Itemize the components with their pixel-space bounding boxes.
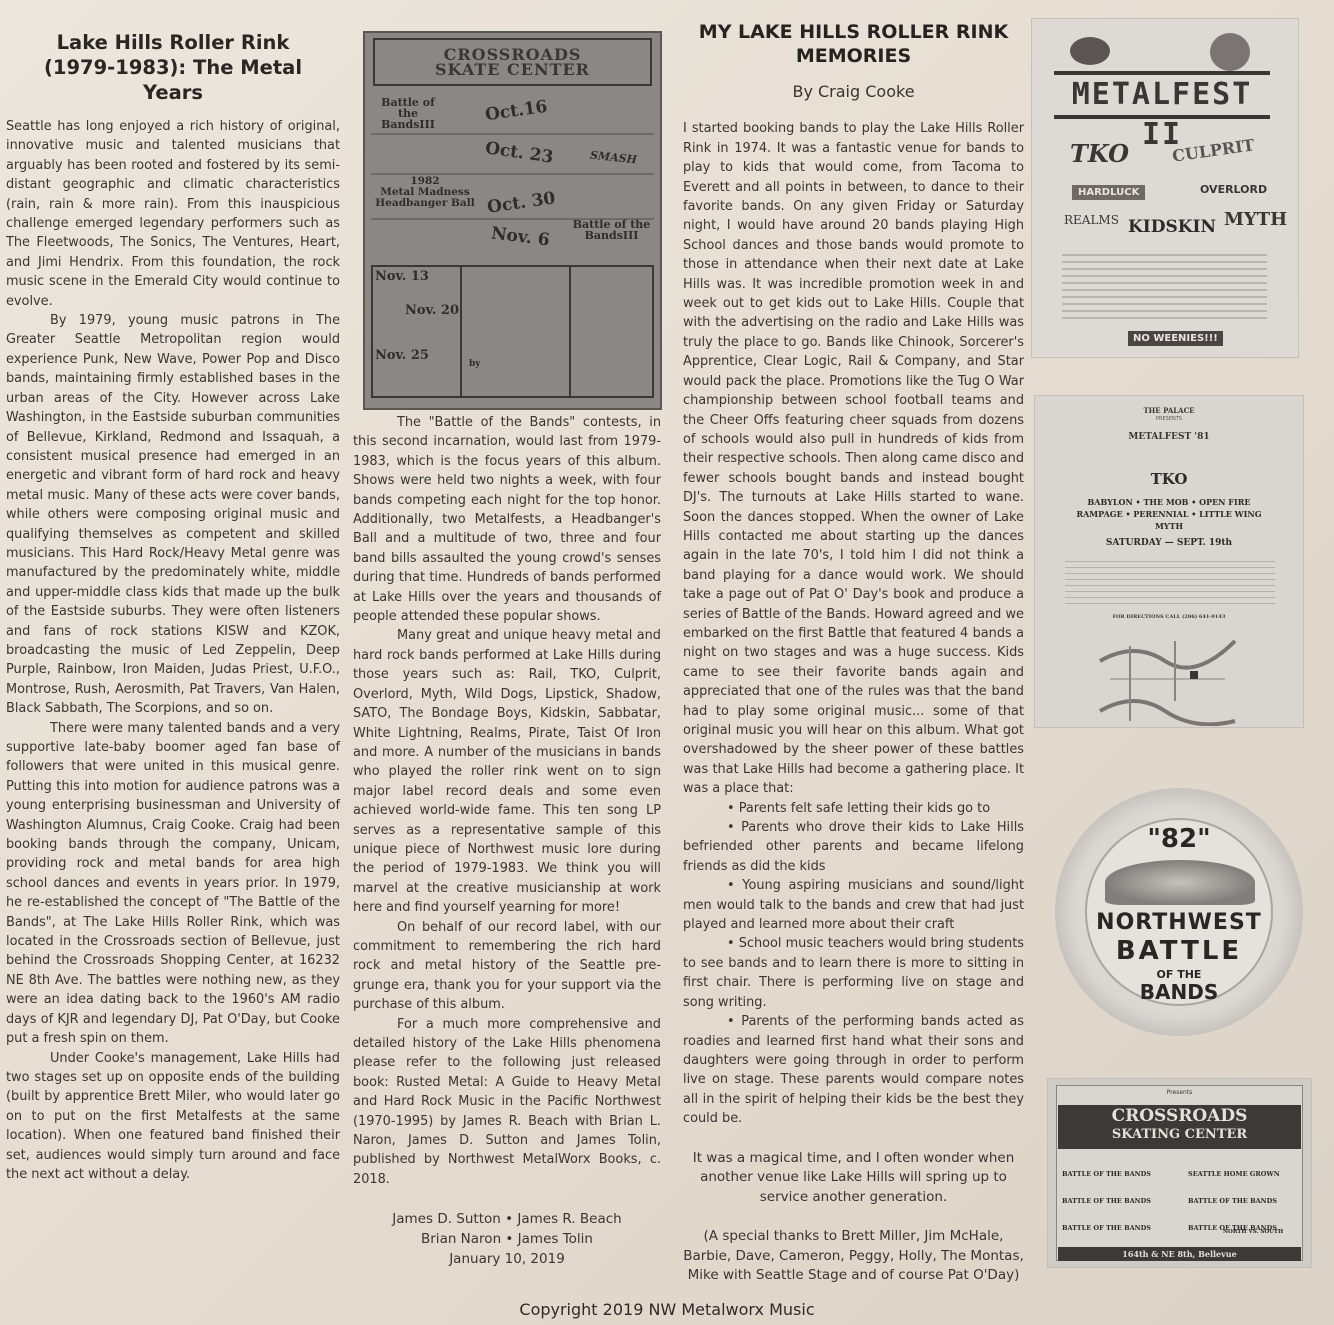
right-intro: I started booking bands to play the Lake…	[683, 119, 1024, 798]
flyer-date2: Oct. 23	[484, 138, 555, 167]
left-article: Lake Hills Roller Rink (1979-1983): The …	[6, 30, 340, 1184]
button-line2: BATTLE	[1055, 936, 1303, 966]
ad-right-event: BATTLE OF THE BANDS	[1188, 1188, 1303, 1215]
band-logo-kidskin: KIDSKIN	[1128, 217, 1216, 237]
middle-paragraph: For a much more comprehensive and detail…	[353, 1015, 661, 1190]
ad-title-line1: CROSSROADS	[1058, 1105, 1301, 1127]
middle-paragraph: On behalf of our record label, with our …	[353, 918, 661, 1015]
flyer-event4-title: Battle of the BandsIII	[569, 219, 654, 241]
flyer-date1: Oct.16	[484, 97, 549, 126]
authors-line1: James D. Sutton • James R. Beach	[353, 1209, 661, 1229]
byline: By Craig Cooke	[683, 82, 1024, 101]
directions-map-icon	[1095, 631, 1245, 726]
bullet-item: • Parents who drove their kids to Lake H…	[683, 818, 1024, 876]
left-paragraph: Under Cooke's management, Lake Hills had…	[6, 1049, 340, 1185]
palace-presents: PRESENTS	[1035, 416, 1303, 422]
middle-paragraph: Many great and unique heavy metal and ha…	[353, 626, 661, 917]
band-logo-tko: TKO	[1070, 139, 1129, 168]
left-paragraph: There were many talented bands and a ver…	[6, 719, 340, 1049]
button-line1: NORTHWEST	[1055, 910, 1303, 935]
ad-right-event: SEATTLE HOME GROWN	[1188, 1161, 1303, 1188]
button-line4: BANDS	[1055, 980, 1303, 1004]
flyer-event1-title: Battle of the BandsIII	[373, 97, 443, 130]
left-article-title: Lake Hills Roller Rink (1979-1983): The …	[18, 30, 328, 105]
flyer-header: CROSSROADS SKATE CENTER	[373, 38, 652, 86]
left-paragraph: By 1979, young music patrons in The Grea…	[6, 311, 340, 719]
northwest-battle-of-the-bands-button: "82" NORTHWEST BATTLE OF THE BANDS	[1055, 788, 1303, 1036]
closing-paragraph: It was a magical time, and I often wonde…	[683, 1149, 1024, 1208]
palace-venue: THE PALACE	[1035, 406, 1303, 415]
left-paragraph: Seattle has long enjoyed a rich history …	[6, 117, 340, 311]
crossroads-skate-center-flyer: CROSSROADS SKATE CENTER Battle of the Ba…	[363, 31, 662, 410]
headliner-tko: TKO	[1035, 470, 1303, 488]
middle-paragraph: The "Battle of the Bands" contests, in t…	[353, 413, 661, 626]
band-logo-culprit: CULPRIT	[1171, 135, 1255, 165]
flyer-bottom-grid: Nov. 13 Nov. 20 Nov. 25 by	[371, 265, 654, 398]
middle-article: The "Battle of the Bands" contests, in t…	[353, 413, 661, 1269]
flyer-date7: Nov. 25	[375, 350, 457, 362]
metalfest-ii-flyer: METALFEST II TKO CULPRIT HARDLUCK OVERLO…	[1031, 18, 1299, 358]
crossroads-skating-center-ad: Presents CROSSROADS SKATING CENTER BATTL…	[1047, 1078, 1312, 1268]
right-article: MY LAKE HILLS ROLLER RINK MEMORIES By Cr…	[683, 20, 1024, 1286]
flyer-date5: Nov. 13	[375, 271, 457, 283]
button-year: "82"	[1055, 824, 1303, 854]
band-logo-hardluck: HARDLUCK	[1072, 185, 1145, 200]
authors-line2: Brian Naron • James Tolin	[353, 1229, 661, 1249]
right-article-title: MY LAKE HILLS ROLLER RINK MEMORIES	[683, 20, 1024, 68]
event-date: SATURDAY — SEPT. 19th	[1035, 538, 1303, 548]
directions-phone: FOR DIRECTIONS CALL (206) 641-9143	[1035, 614, 1303, 620]
authors-block: James D. Sutton • James R. Beach Brian N…	[353, 1209, 661, 1269]
ad-left-event: BATTLE OF THE BANDS	[1062, 1215, 1177, 1242]
flyer-event3-title: Metal Madness Headbanger Ball	[371, 187, 479, 209]
bullet-item: • School music teachers would bring stud…	[683, 934, 1024, 1012]
band-list-line1: BABYLON • THE MOB • OPEN FIRE	[1035, 496, 1303, 508]
band-list: BABYLON • THE MOB • OPEN FIRE RAMPAGE • …	[1035, 496, 1303, 532]
ad-left-event: BATTLE OF THE BANDS	[1062, 1161, 1177, 1188]
flyer-event3: 1982 Metal Madness Headbanger Ball	[371, 176, 479, 209]
bullet-item: • Parents felt safe letting their kids g…	[683, 799, 1024, 818]
ad-address: 164th & NE 8th, Bellevue	[1058, 1247, 1301, 1261]
band-list-line3: MYTH	[1035, 520, 1303, 532]
flyer-smash: SMASH	[589, 149, 637, 167]
no-weenies-label: NO WEENIES!!!	[1128, 331, 1223, 346]
flyer-date4: Nov. 6	[490, 223, 551, 250]
flyer-date6: Nov. 20	[375, 305, 459, 317]
ad-title-banner: CROSSROADS SKATING CENTER	[1058, 1105, 1301, 1149]
metalfest-ii-title: METALFEST II	[1054, 71, 1270, 119]
band-logo-overlord: OVERLORD	[1200, 183, 1267, 196]
ad-presents: Presents	[1048, 1089, 1311, 1096]
special-thanks: (A special thanks to Brett Miller, Jim M…	[683, 1227, 1024, 1286]
band-list-line2: RAMPAGE • PERENNIAL • LITTLE WING	[1035, 508, 1303, 520]
copyright-footer: Copyright 2019 NW Metalworx Music	[0, 1300, 1334, 1319]
metalfest-81-flyer: THE PALACE PRESENTS METALFEST '81 TKO BA…	[1034, 395, 1304, 728]
flyer-date3: Oct. 30	[486, 188, 557, 217]
ad-left-event: BATTLE OF THE BANDS	[1062, 1188, 1177, 1215]
flyer-by: by	[469, 359, 481, 369]
flyer-header-line2: SKATE CENTER	[375, 62, 650, 77]
band-logo-myth: MYTH	[1224, 209, 1287, 230]
authors-date: January 10, 2019	[353, 1249, 661, 1269]
bullet-item: • Parents of the performing bands acted …	[683, 1012, 1024, 1128]
bullet-item: • Young aspiring musicians and sound/lig…	[683, 876, 1024, 934]
ad-title-line2: SKATING CENTER	[1058, 1127, 1301, 1143]
metalfest-81-title: METALFEST '81	[1035, 432, 1303, 442]
ad-north-vs-south: NORTH VS. SOUTH	[1223, 1229, 1283, 1235]
ad-left-events: BATTLE OF THE BANDS BATTLE OF THE BANDS …	[1062, 1161, 1177, 1242]
band-logo-realms: REALMS	[1064, 213, 1119, 227]
